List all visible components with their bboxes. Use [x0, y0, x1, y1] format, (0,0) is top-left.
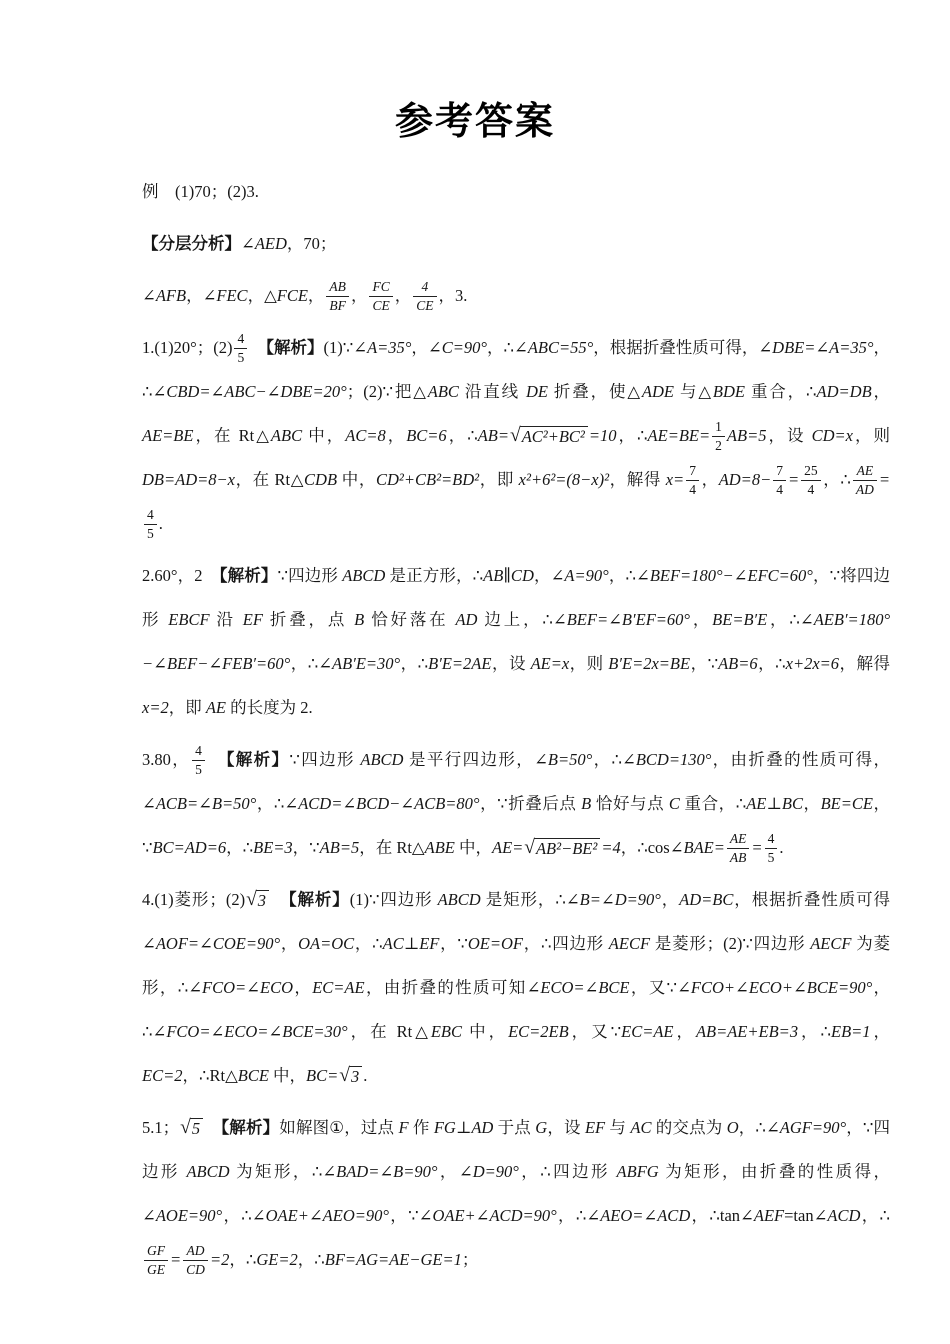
- math-run: BE=CE: [821, 794, 873, 813]
- math-run: △BDE: [698, 382, 745, 401]
- answer-3: 3.80，45 【解析】∵四边形 ABCD 是平行四边形，∠B=50°，∴∠BC…: [142, 738, 890, 870]
- radicand: 3: [349, 1066, 362, 1088]
- fraction-numerator: 4: [144, 507, 157, 525]
- math-run: =10: [589, 426, 617, 445]
- math-run: ∠FCO+∠ECO+∠BCE=90°: [677, 978, 872, 997]
- math-run: x=2: [142, 698, 169, 717]
- answer-4: 4.(1)菱形；(2)√3 【解析】(1)∵四边形 ABCD 是矩形，∴∠B=∠…: [142, 878, 890, 1098]
- math-run: EBCF: [168, 610, 209, 629]
- math-run: ∠BAE=: [670, 838, 725, 857]
- math-run: ∠AED: [241, 234, 287, 253]
- text-run: .: [159, 514, 163, 533]
- text-run: 中，: [455, 838, 492, 857]
- text-run: ∵四边形: [277, 566, 342, 585]
- math-run: AB=5: [727, 426, 767, 445]
- text-run: ，∵: [690, 654, 718, 673]
- fraction: 45: [765, 831, 778, 866]
- math-run: =: [879, 470, 890, 489]
- text-run: ，解得: [839, 654, 890, 673]
- answers-body: 例 (1)70；(2)3.【分层分析】∠AED，70；∠AFB，∠FEC，△FC…: [142, 170, 890, 1282]
- text-run: (1)∵: [324, 338, 354, 357]
- fraction-denominator: GE: [144, 1261, 168, 1278]
- math-run: ∠ACD: [814, 1206, 861, 1225]
- answer-2: 2.60°，2 【解析】∵四边形 ABCD 是正方形，∴AB∥CD，∠A=90°…: [142, 554, 890, 730]
- text-run: 是正方形，∴: [385, 566, 483, 585]
- text-run: ，设: [766, 426, 811, 445]
- text-run: ，∴: [592, 750, 622, 769]
- math-run: ∠OAE+∠AEO=90°: [252, 1206, 389, 1225]
- text-run: ，则: [569, 654, 608, 673]
- fraction-denominator: AB: [727, 849, 750, 866]
- math-run: AB∥CD: [483, 566, 534, 585]
- math-run: ∠ACD=∠BCD−∠ACB=80°: [284, 794, 479, 813]
- text-run: ，: [186, 286, 203, 305]
- fraction-numerator: GF: [144, 1243, 168, 1261]
- text-run: 为矩形，由折叠的性质得，: [659, 1162, 890, 1181]
- section-label: 【解析】: [219, 567, 277, 585]
- text-run: ，: [411, 338, 428, 357]
- math-run: ∠FCO=∠ECO=∠BCE=30°: [153, 1022, 348, 1041]
- fraction: ADCD: [183, 1243, 208, 1278]
- math-run: AD=8−: [719, 470, 772, 489]
- math-run: ∠AEF: [740, 1206, 784, 1225]
- math-run: O: [727, 1118, 739, 1137]
- text-run: [270, 890, 288, 909]
- math-run: AC: [630, 1118, 651, 1137]
- math-run: ABCD: [342, 566, 385, 585]
- math-run: ∠A=35°: [353, 338, 411, 357]
- text-run: ，: [438, 1162, 459, 1181]
- fraction-numerator: 25: [801, 463, 821, 481]
- text-run: ，∴cos: [621, 838, 670, 857]
- fraction-denominator: CE: [413, 297, 436, 314]
- text-run: ，: [871, 1022, 890, 1041]
- math-run: ∠C=90°: [428, 338, 487, 357]
- math-run: ∠A=90°: [551, 566, 609, 585]
- fraction-denominator: 4: [801, 481, 821, 498]
- fraction: ABBF: [326, 279, 349, 314]
- text-run: ，∴: [290, 654, 318, 673]
- text-run: ，∴: [229, 1250, 256, 1269]
- text-run: 与: [674, 382, 698, 401]
- fraction-numerator: AD: [183, 1243, 208, 1261]
- math-run: ABCD: [360, 750, 403, 769]
- text-run: ，在 Rt: [348, 1022, 413, 1041]
- text-run: ，∴: [860, 1206, 890, 1225]
- text-run: 是平行四边形，: [403, 750, 534, 769]
- text-run: ∵四边形: [289, 750, 360, 769]
- text-run: ；: [462, 1250, 479, 1269]
- radicand: 3: [256, 890, 269, 912]
- math-run: C: [669, 794, 680, 813]
- math-run: ∠B=∠D=90°: [566, 890, 661, 909]
- math-run: △CDB: [290, 470, 337, 489]
- section-label: 【解析】: [266, 339, 324, 357]
- math-run: AD: [455, 610, 477, 629]
- math-run: =: [170, 1250, 181, 1269]
- math-run: BF=AG=AE−GE=1: [325, 1250, 462, 1269]
- fraction: 12: [712, 419, 725, 454]
- fraction-numerator: FC: [369, 279, 392, 297]
- text-run: ，∴: [617, 426, 648, 445]
- text-run: ，由折叠的性质可知: [365, 978, 527, 997]
- text-run: ，: [534, 566, 551, 585]
- fraction: AEAD: [853, 463, 877, 498]
- fraction-denominator: 4: [686, 481, 699, 498]
- text-run: (1)∵四边形: [350, 890, 438, 909]
- text-run: ，: [293, 978, 312, 997]
- text-run: 作: [409, 1118, 434, 1137]
- math-run: △ABC: [413, 382, 459, 401]
- fraction-denominator: CE: [369, 297, 392, 314]
- math-run: BE=3: [253, 838, 293, 857]
- text-run: 于点: [493, 1118, 535, 1137]
- fraction-denominator: CD: [183, 1261, 208, 1278]
- fraction: FCCE: [369, 279, 392, 314]
- fraction-numerator: AE: [727, 831, 750, 849]
- text-run: ，∴Rt: [182, 1066, 225, 1085]
- math-run: AB=6: [718, 654, 758, 673]
- text-run: ，在 Rt: [359, 838, 412, 857]
- text-run: ，∴: [798, 1022, 831, 1041]
- math-run: AD=BC: [679, 890, 733, 909]
- math-run: AD=DB: [817, 382, 872, 401]
- text-run: ，∴: [256, 794, 284, 813]
- math-run: CD²+CB²=BD²: [376, 470, 479, 489]
- text-run: ，∴: [354, 934, 382, 953]
- math-run: DE: [526, 382, 548, 401]
- text-run: ，∴: [557, 1206, 587, 1225]
- text-run: ，∵: [389, 1206, 419, 1225]
- math-run: EF: [243, 610, 263, 629]
- text-run: 折叠，使: [548, 382, 627, 401]
- text-run: ，∴: [298, 1250, 325, 1269]
- math-run: EF: [585, 1118, 605, 1137]
- math-run: OA=OC: [298, 934, 354, 953]
- math-run: BC=AD=6: [153, 838, 227, 857]
- math-run: B′E=2AE: [428, 654, 491, 673]
- fraction-numerator: 4: [234, 331, 247, 349]
- text-run: ，又∵: [630, 978, 678, 997]
- text-run: ，∴: [447, 426, 478, 445]
- radicand: 5: [190, 1118, 203, 1140]
- text-run: ，∴: [226, 838, 253, 857]
- text-run: ，3.: [439, 286, 468, 305]
- text-run: 中，: [462, 1022, 508, 1041]
- text-run: 的长度为 2.: [226, 698, 313, 717]
- math-run: F: [399, 1118, 409, 1137]
- text-run: 的交点为: [651, 1118, 726, 1137]
- fraction-denominator: BF: [326, 297, 349, 314]
- text-run: ，∴四边形: [523, 934, 609, 953]
- fraction-denominator: 2: [712, 437, 725, 454]
- text-run: ，∵: [439, 934, 467, 953]
- math-run: B: [354, 610, 364, 629]
- text-run: ，又∵: [569, 1022, 621, 1041]
- document-page: 参考答案 例 (1)70；(2)3.【分层分析】∠AED，70；∠AFB，∠FE…: [0, 0, 950, 1344]
- math-run: ∠AFB: [142, 286, 186, 305]
- fraction-numerator: AB: [326, 279, 349, 297]
- math-run: ∠CBD=∠ABC−∠DBE=20°: [153, 382, 347, 401]
- math-run: BC=6: [406, 426, 446, 445]
- text-run: 中，: [302, 426, 345, 445]
- text-run: 沿: [210, 610, 243, 629]
- text-run: ，∵: [293, 838, 320, 857]
- fraction-denominator: 5: [192, 761, 205, 778]
- text-run: ，根据折叠性质可得: [733, 890, 890, 909]
- text-run: ，∵折叠后点: [480, 794, 582, 813]
- math-run: △FCE: [264, 286, 308, 305]
- math-run: EC=2EB: [508, 1022, 569, 1041]
- text-run: ，设: [491, 654, 530, 673]
- math-run: AECF: [609, 934, 650, 953]
- text-run: =tan: [784, 1206, 813, 1225]
- text-run: ，: [690, 610, 712, 629]
- math-run: AE=: [492, 838, 523, 857]
- math-run: EC=AE: [621, 1022, 673, 1041]
- math-run: ∠AEO=∠ACD: [586, 1206, 690, 1225]
- math-run: ABCD: [438, 890, 481, 909]
- math-run: ∠ABC=55°: [514, 338, 593, 357]
- math-run: FG⊥AD: [434, 1118, 494, 1137]
- math-run: ∠AOE=90°: [142, 1206, 222, 1225]
- fraction: AEAB: [727, 831, 750, 866]
- answer-1: 1.(1)20°；(2)45 【解析】(1)∵∠A=35°，∠C=90°，∴∠A…: [142, 326, 890, 546]
- fraction: 45: [192, 743, 205, 778]
- math-run: AB=AE+EB=3: [696, 1022, 798, 1041]
- math-run: ∠OAE+∠ACD=90°: [419, 1206, 557, 1225]
- radical: √5: [180, 1118, 203, 1140]
- text-run: ，: [803, 794, 821, 813]
- math-run: AB=5: [320, 838, 360, 857]
- example-answer: 例 (1)70；(2)3.: [142, 170, 890, 214]
- text-run: ，在 Rt: [235, 470, 290, 489]
- math-run: EC=2: [142, 1066, 182, 1085]
- math-run: DB=AD=8−x: [142, 470, 235, 489]
- math-run: B: [581, 794, 591, 813]
- math-run: ∠ACB=∠B=50°: [142, 794, 256, 813]
- text-run: ；(2)∵把: [347, 382, 413, 401]
- radicand: AB²−BE²: [534, 838, 600, 860]
- text-run: ，: [395, 286, 412, 305]
- text-run: ，: [308, 286, 325, 305]
- fraction: 74: [773, 463, 786, 498]
- text-run: ，: [872, 382, 890, 401]
- fraction-numerator: 7: [773, 463, 786, 481]
- math-run: AE⊥BC: [746, 794, 803, 813]
- math-run: BC=: [306, 1066, 338, 1085]
- fraction-numerator: 4: [765, 831, 778, 849]
- radical: √AC²+BC²: [510, 426, 588, 448]
- radical: √AB²−BE²: [524, 838, 600, 860]
- math-run: BE=B′E: [712, 610, 767, 629]
- text-run: ，: [701, 470, 719, 489]
- text-run: ，∴: [487, 338, 514, 357]
- math-run: G: [535, 1118, 547, 1137]
- text-run: 重合，∴: [745, 382, 817, 401]
- math-run: ∠BCD=130°: [622, 750, 711, 769]
- text-run: ，∴: [758, 654, 786, 673]
- answer-5: 5.1；√5 【解析】如解图①，过点 F 作 FG⊥AD 于点 G，设 EF 与…: [142, 1106, 890, 1282]
- text-run: ，∴: [609, 566, 636, 585]
- fraction: 45: [144, 507, 157, 542]
- math-run: =2: [210, 1250, 229, 1269]
- text-run: 边上，∴: [477, 610, 552, 629]
- text-run: 1.(1)20°；(2): [142, 338, 232, 357]
- math-run: EB=1: [831, 1022, 871, 1041]
- text-run: ，∴tan: [690, 1206, 740, 1225]
- text-run: ，: [248, 286, 265, 305]
- math-run: AC=8: [345, 426, 385, 445]
- fraction: GFGE: [144, 1243, 168, 1278]
- math-run: ∠FEC: [203, 286, 248, 305]
- fraction: 74: [686, 463, 699, 498]
- text-run: 折叠，点: [263, 610, 354, 629]
- math-run: ABCD: [186, 1162, 229, 1181]
- layered-analysis-line1: 【分层分析】∠AED，70；: [142, 222, 890, 266]
- math-run: ∠B=50°: [534, 750, 592, 769]
- text-run: 恰好落在: [364, 610, 455, 629]
- text-run: 为矩形，∴: [230, 1162, 323, 1181]
- fraction-numerator: 1: [712, 419, 725, 437]
- math-run: =: [751, 838, 762, 857]
- text-run: 如解图①，过点: [279, 1118, 398, 1137]
- math-run: AB=: [478, 426, 509, 445]
- text-run: ，∴: [823, 470, 851, 489]
- text-run: ，则: [853, 426, 890, 445]
- text-run: ，∴: [400, 654, 428, 673]
- text-run: [207, 750, 226, 769]
- text-run: ，: [661, 890, 679, 909]
- math-run: =: [788, 470, 799, 489]
- math-run: AC⊥EF: [383, 934, 440, 953]
- math-run: ∠AGF=90°: [766, 1118, 846, 1137]
- text-run: 恰好与点: [591, 794, 669, 813]
- text-run: 是矩形，∴: [481, 890, 566, 909]
- math-run: ∠BEF=180°−∠EFC=60°: [636, 566, 813, 585]
- math-run: ∠AOF=∠COE=90°: [142, 934, 280, 953]
- math-run: OE=OF: [468, 934, 523, 953]
- math-run: ∠BEF=∠B′EF=60°: [553, 610, 690, 629]
- math-run: x²+6²=(8−x)²: [519, 470, 609, 489]
- math-run: EC=AE: [312, 978, 364, 997]
- text-run: 4.(1)菱形；(2): [142, 890, 245, 909]
- text-run: ，∴: [767, 610, 800, 629]
- math-run: GE=2: [256, 1250, 297, 1269]
- section-label: 【解析】: [226, 751, 289, 769]
- text-run: 中，: [337, 470, 376, 489]
- math-run: AE=BE: [142, 426, 193, 445]
- text-run: ，70；: [287, 234, 337, 253]
- math-run: AE: [206, 698, 226, 717]
- section-label: 【解析】: [288, 891, 349, 909]
- math-run: △ADE: [627, 382, 674, 401]
- math-run: AE=BE=: [648, 426, 711, 445]
- math-run: ∠BAD=∠B=90°: [322, 1162, 437, 1181]
- text-run: .: [363, 1066, 367, 1085]
- math-run: B′E=2x=BE: [608, 654, 690, 673]
- text-run: ，: [674, 1022, 696, 1041]
- math-run: CD=x: [812, 426, 853, 445]
- math-run: ABFG: [617, 1162, 659, 1181]
- text-run: ，∴四边形: [519, 1162, 617, 1181]
- text-run: ，: [386, 426, 407, 445]
- fraction-denominator: 5: [765, 849, 778, 866]
- text-run: 例 (1)70；(2)3.: [142, 182, 259, 201]
- text-run: 3.80，: [142, 750, 190, 769]
- text-run: [249, 338, 266, 357]
- radicand: AC²+BC²: [520, 426, 588, 448]
- text-run: ，由折叠的性质可得，: [711, 750, 890, 769]
- text-run: ，即: [169, 698, 206, 717]
- text-run: ，解得: [609, 470, 666, 489]
- fraction: 45: [234, 331, 247, 366]
- math-run: ∠FCO=∠ECO: [188, 978, 293, 997]
- text-run: ，在 Rt: [193, 426, 254, 445]
- text-run: ，: [280, 934, 298, 953]
- math-run: AECF: [810, 934, 851, 953]
- math-run: △BCE: [225, 1066, 269, 1085]
- text-run: ，设: [547, 1118, 585, 1137]
- math-run: △ABE: [412, 838, 455, 857]
- fraction-numerator: 7: [686, 463, 699, 481]
- text-run: .: [779, 838, 783, 857]
- fraction-denominator: AD: [853, 481, 877, 498]
- fraction-numerator: AE: [853, 463, 877, 481]
- fraction-denominator: 4: [773, 481, 786, 498]
- fraction-numerator: 4: [413, 279, 436, 297]
- math-run: AE=x: [531, 654, 570, 673]
- text-run: 重合，∴: [680, 794, 746, 813]
- fraction: 4CE: [413, 279, 436, 314]
- text-run: 中，: [269, 1066, 306, 1085]
- math-run: △EBC: [412, 1022, 462, 1041]
- math-run: ∠DBE=∠A=35°: [758, 338, 873, 357]
- section-label: 【分层分析】: [142, 235, 241, 253]
- text-run: ，根据折叠性质可得，: [593, 338, 758, 357]
- radical: √3: [246, 890, 269, 912]
- math-run: x=: [666, 470, 684, 489]
- math-run: ∠D=90°: [459, 1162, 519, 1181]
- math-run: △ABC: [254, 426, 302, 445]
- layered-analysis-line2: ∠AFB，∠FEC，△FCE，ABBF，FCCE，4CE，3.: [142, 274, 890, 318]
- text-run: ，∴: [222, 1206, 252, 1225]
- text-run: ，∴: [739, 1118, 766, 1137]
- text-run: 是菱形；(2)∵四边形: [650, 934, 810, 953]
- fraction-denominator: 5: [234, 349, 247, 366]
- text-run: 2.60°，2: [142, 566, 219, 585]
- text-run: 5.1；: [142, 1118, 179, 1137]
- fraction-denominator: 5: [144, 525, 157, 542]
- page-title: 参考答案: [0, 100, 950, 146]
- math-run: =4: [601, 838, 620, 857]
- text-run: 与: [605, 1118, 630, 1137]
- math-run: ∠AB′E=30°: [318, 654, 400, 673]
- math-run: ∠ECO=∠BCE: [527, 978, 630, 997]
- fraction: 254: [801, 463, 821, 498]
- section-label: 【解析】: [221, 1119, 279, 1137]
- text-run: ，即: [479, 470, 519, 489]
- text-run: 沿直线: [459, 382, 526, 401]
- fraction-numerator: 4: [192, 743, 205, 761]
- text-run: [204, 1118, 221, 1137]
- math-run: x+2x=6: [786, 654, 839, 673]
- radical: √3: [339, 1066, 362, 1088]
- text-run: ，: [351, 286, 368, 305]
